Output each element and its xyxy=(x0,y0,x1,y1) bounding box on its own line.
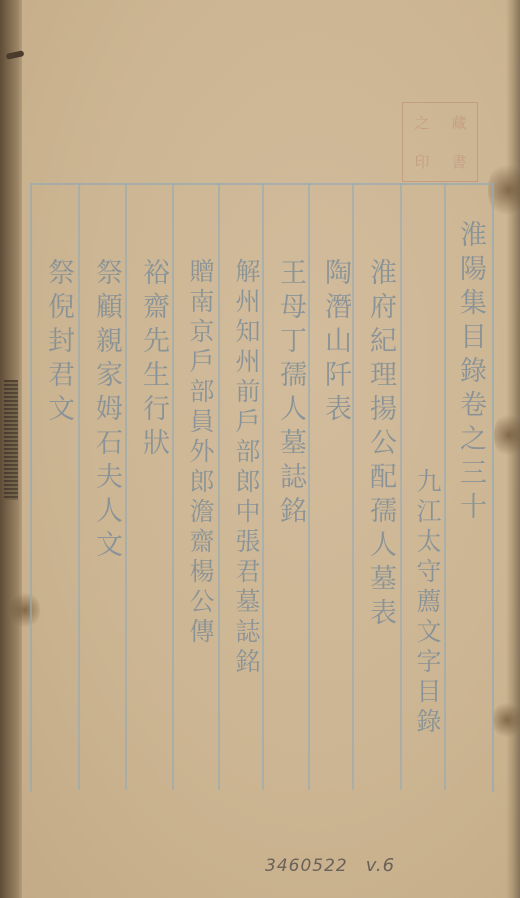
book-spine xyxy=(0,0,22,898)
seal-char: 印 xyxy=(413,154,431,169)
spine-tab xyxy=(6,50,25,60)
toc-entry: 陶潛山阡表 xyxy=(315,258,355,428)
stain xyxy=(492,700,520,740)
spine-wear xyxy=(4,380,18,500)
toc-title: 淮陽集目錄卷之三十 xyxy=(450,220,490,526)
toc-entry: 淮府紀理揚公配孺人墓表 xyxy=(360,258,400,632)
volume-label: v.6 xyxy=(366,855,395,876)
collector-seal: 藏 書 之 印 xyxy=(402,102,478,182)
toc-entry: 解州知州前戶部郎中張君墓誌銘 xyxy=(226,258,266,678)
seal-char: 之 xyxy=(413,115,431,130)
pencil-annotation: 3460522v.6 xyxy=(265,855,395,876)
toc-entry: 裕齋先生行狀 xyxy=(133,258,173,462)
toc-subtitle: 九江太守薦文字目錄 xyxy=(407,468,447,738)
toc-entry: 贈南京戶部員外郎澹齋楊公傳 xyxy=(180,258,220,648)
document-page: 藏 書 之 印 淮陽集目錄卷之三十 九江太守薦文字目錄 淮府紀理揚公配孺人墓表 … xyxy=(0,0,520,898)
toc-entry: 祭倪封君文 xyxy=(38,258,78,428)
toc-entry: 王母丁孺人墓誌銘 xyxy=(270,258,310,530)
seal-char: 書 xyxy=(450,154,468,169)
seal-char: 藏 xyxy=(450,115,468,130)
call-number: 3460522 xyxy=(265,856,348,876)
column-rule xyxy=(400,183,402,790)
toc-entry: 祭顧親家姆石夫人文 xyxy=(86,258,126,564)
column-rule xyxy=(78,183,80,790)
stain xyxy=(494,410,520,460)
